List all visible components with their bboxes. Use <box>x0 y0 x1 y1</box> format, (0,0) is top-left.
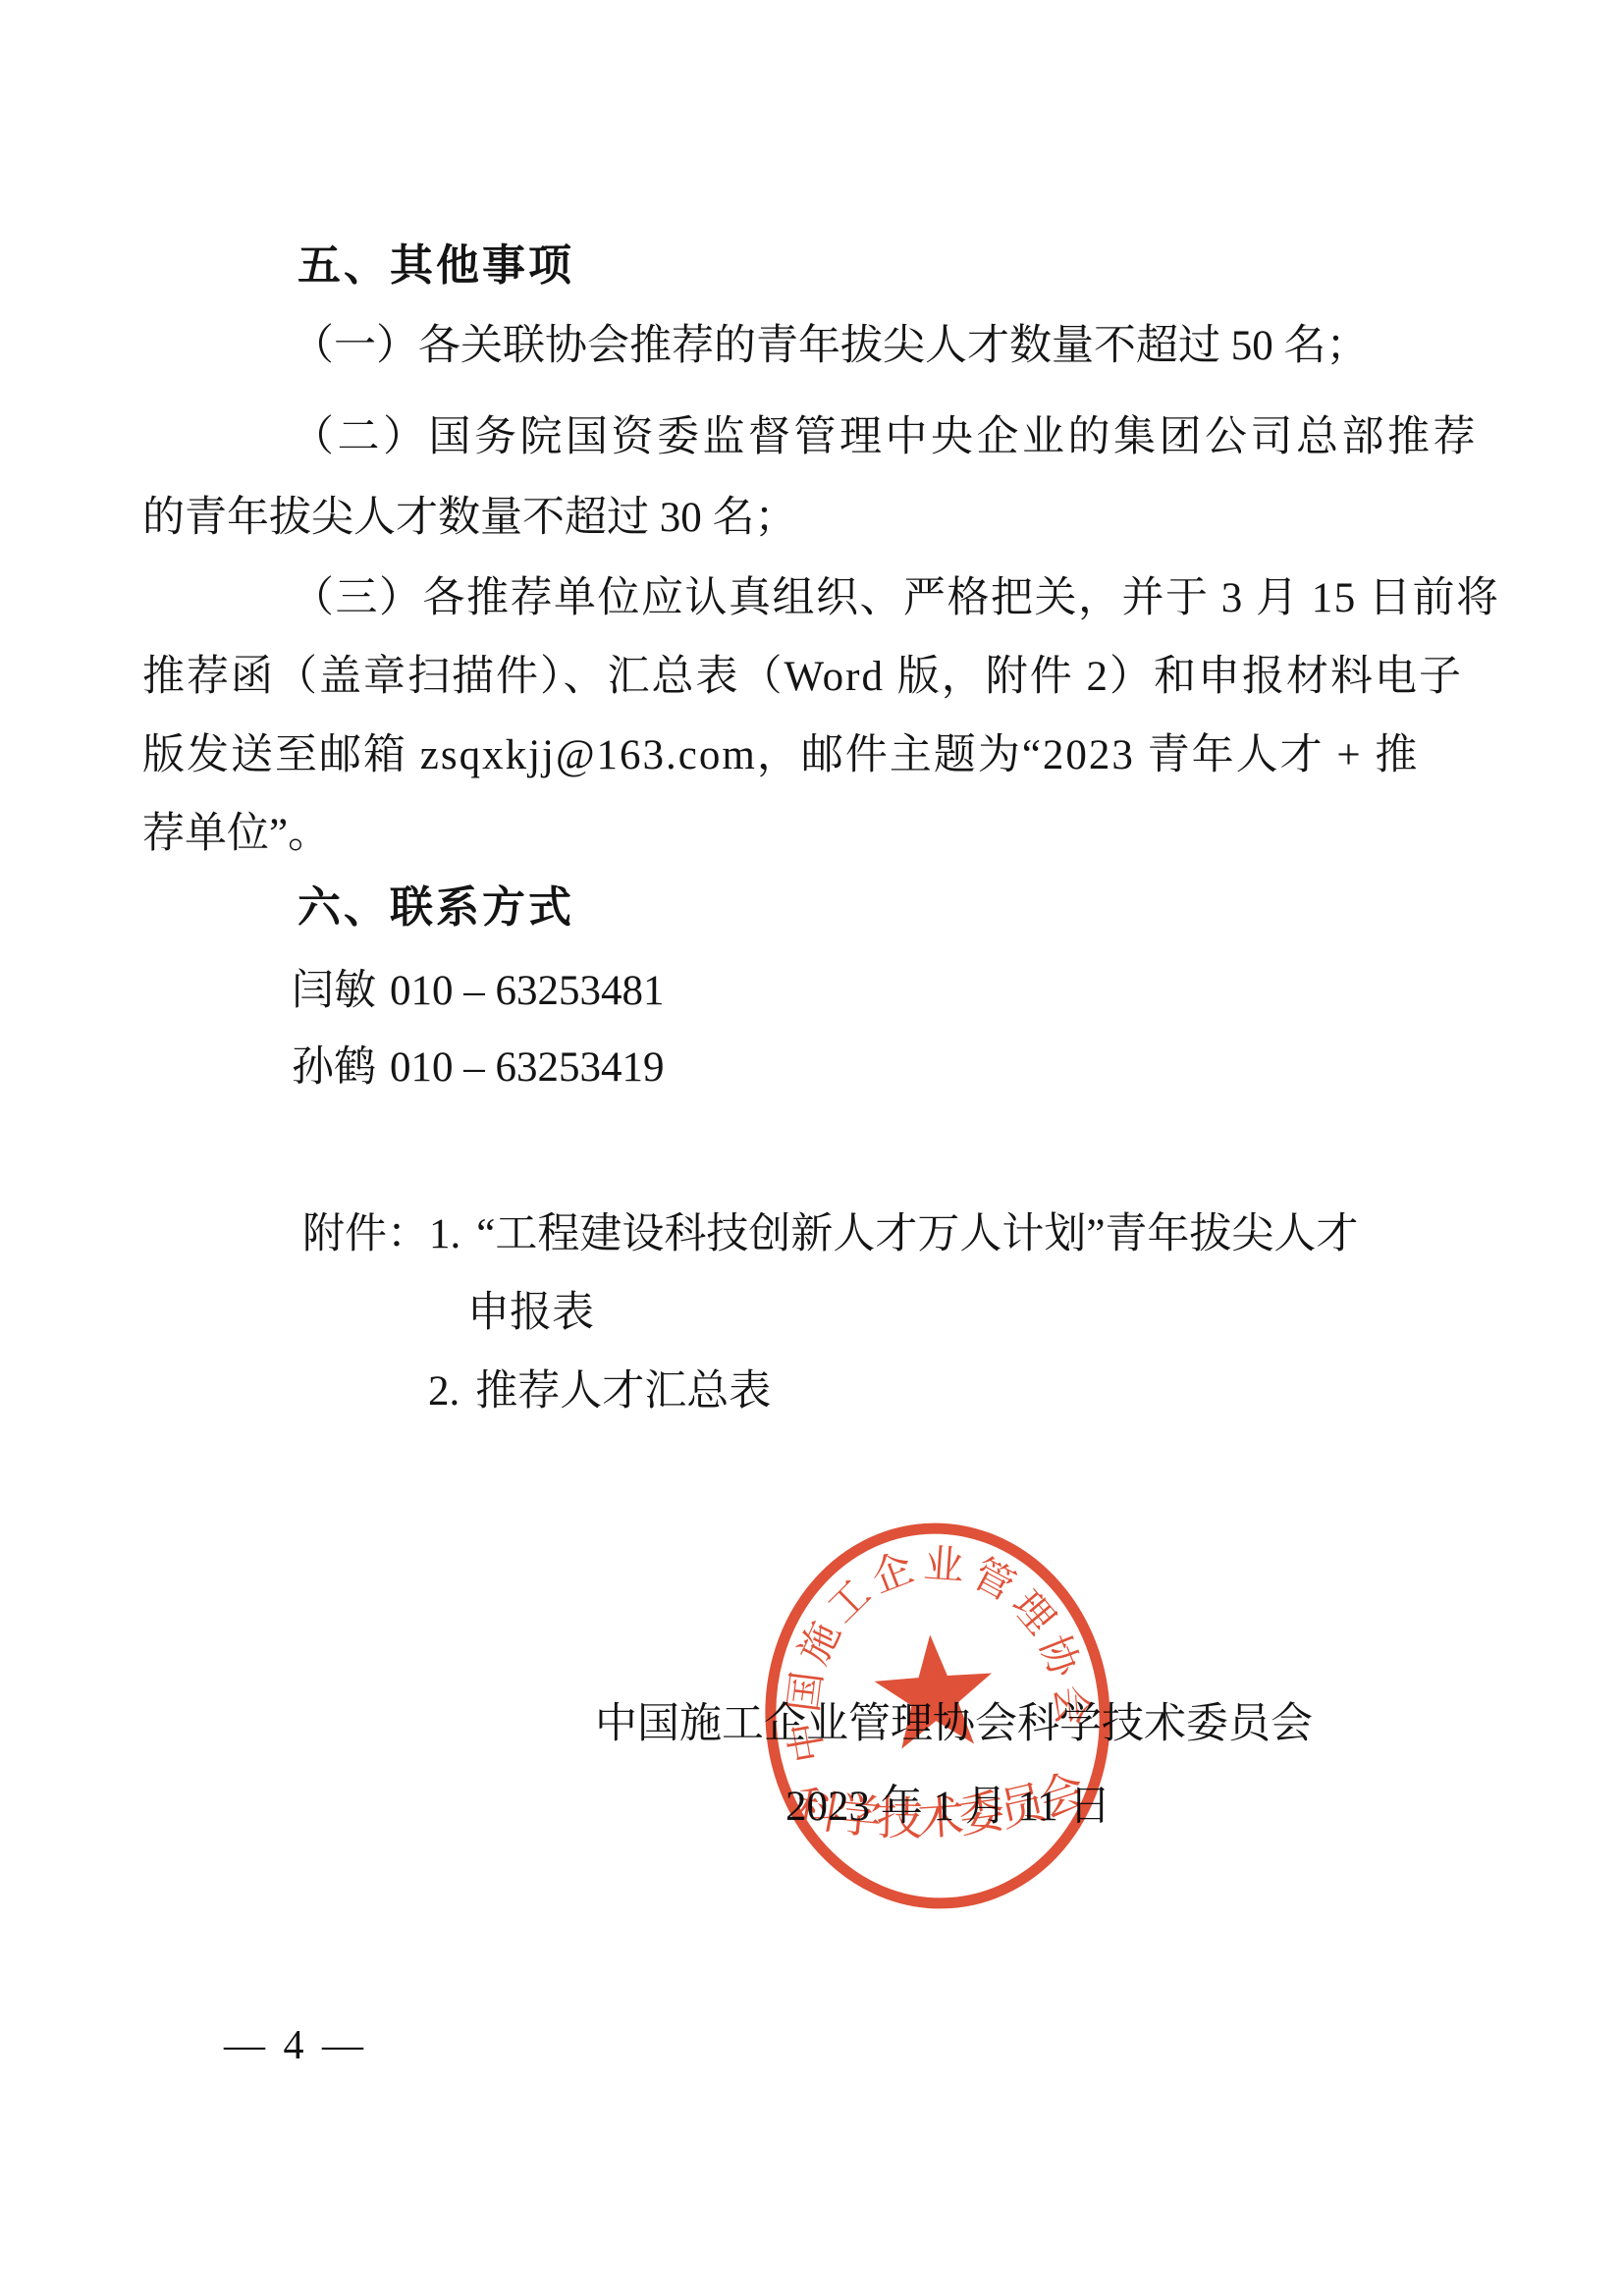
section-five-item-2-line-1: （二）国务院国资委监督管理中央企业的集团公司总部推荐 <box>292 413 1479 461</box>
attachment-2-title: 推荐人才汇总表 <box>475 1368 771 1415</box>
attachment-1-number: 1. <box>429 1211 460 1257</box>
section-five-heading: 五、其他事项 <box>298 241 574 292</box>
attachments-label: 附件： <box>302 1211 429 1257</box>
attachment-2-number: 2. <box>428 1368 460 1415</box>
section-five-item-1: （一）各关联协会推荐的青年拔尖人才数量不超过 50 名； <box>292 322 1369 370</box>
page-number: — 4 — <box>224 2022 367 2069</box>
contact-phone: 010 – 63253419 <box>390 1044 665 1091</box>
signature-date: 2023 年 1 月 11 日 <box>785 1783 1111 1831</box>
attachment-1-title-line-2: 申报表 <box>467 1289 594 1337</box>
contact-line: 孙鹤010 – 63253419 <box>292 1043 665 1092</box>
section-six-heading: 六、联系方式 <box>298 883 574 934</box>
contact-name: 孙鹤 <box>292 1044 376 1091</box>
attachment-item-2: 2.推荐人才汇总表 <box>428 1367 771 1415</box>
contact-phone: 010 – 63253481 <box>390 968 665 1014</box>
contact-line: 闫敏010 – 63253481 <box>292 967 665 1015</box>
document-page: 五、其他事项 （一）各关联协会推荐的青年拔尖人才数量不超过 50 名； （二）国… <box>0 0 1623 2296</box>
attachment-1-title-line-1: “工程建设科技创新人才万人计划”青年拔尖人才 <box>476 1211 1358 1257</box>
section-five-item-3-line-1: （三）各推荐单位应认真组织、严格把关，并于 3 月 15 日前将 <box>292 574 1500 622</box>
signature-org: 中国施工企业管理协会科学技术委员会 <box>595 1700 1313 1748</box>
section-five-item-2-line-2: 的青年拔尖人才数量不超过 30 名； <box>142 494 797 542</box>
section-five-item-3-line-4: 荐单位”。 <box>142 810 330 858</box>
section-five-item-3-line-3: 版发送至邮箱 zsqxkjj@163.com，邮件主题为“2023 青年人才 +… <box>142 731 1419 779</box>
contact-name: 闫敏 <box>292 968 376 1014</box>
section-five-item-3-line-2: 推荐函（盖章扫描件）、汇总表（Word 版，附件 2）和申报材料电子 <box>142 653 1463 701</box>
attachment-item-1: 附件：1.“工程建设科技创新人才万人计划”青年拔尖人才 <box>302 1210 1358 1258</box>
